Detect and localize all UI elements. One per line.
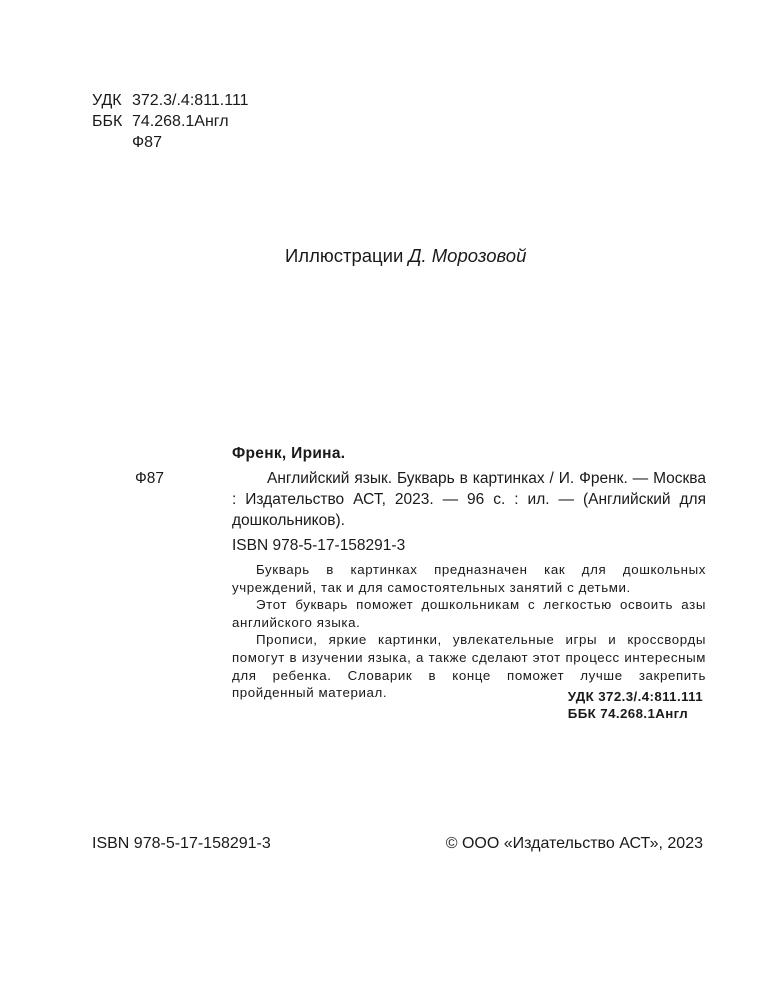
illustrations-prefix: Иллюстрации [285, 245, 403, 266]
annotation-paragraph: Букварь в картинках предназначен как для… [232, 561, 706, 596]
catalog-bbk: ББК 74.268.1Англ [568, 705, 703, 722]
catalog-udk: УДК 372.3/.4:811.111 [568, 688, 703, 705]
illustrations-credit: Иллюстрации Д. Морозовой [285, 245, 526, 267]
bibliographic-entry: Английский язык. Букварь в картинках / И… [232, 468, 706, 531]
catalog-author: Френк, Ирина. [232, 445, 345, 463]
illustrator-name: Д. Морозовой [408, 245, 526, 266]
bbk-value: 74.268.1Англ [132, 111, 229, 132]
footer-isbn: ISBN 978-5-17-158291-3 [92, 835, 271, 853]
udk-value: 372.3/.4:811.111 [132, 90, 249, 111]
author-sign: Ф87 [132, 132, 162, 153]
bbk-label: ББК [92, 111, 132, 132]
annotation: Букварь в картинках предназначен как для… [232, 561, 706, 702]
footer-copyright: © ООО «Издательство АСТ», 2023 [446, 835, 703, 853]
classification-codes: УДК372.3/.4:811.111 ББК74.268.1Англ Ф87 [92, 90, 249, 153]
catalog-description: Английский язык. Букварь в картинках / И… [232, 468, 706, 531]
catalog-author-sign: Ф87 [135, 470, 164, 488]
catalog-codes: УДК 372.3/.4:811.111 ББК 74.268.1Англ [568, 688, 703, 722]
annotation-paragraph: Этот букварь поможет дошкольникам с легк… [232, 596, 706, 631]
catalog-isbn: ISBN 978-5-17-158291-3 [232, 537, 405, 555]
udk-label: УДК [92, 90, 132, 111]
